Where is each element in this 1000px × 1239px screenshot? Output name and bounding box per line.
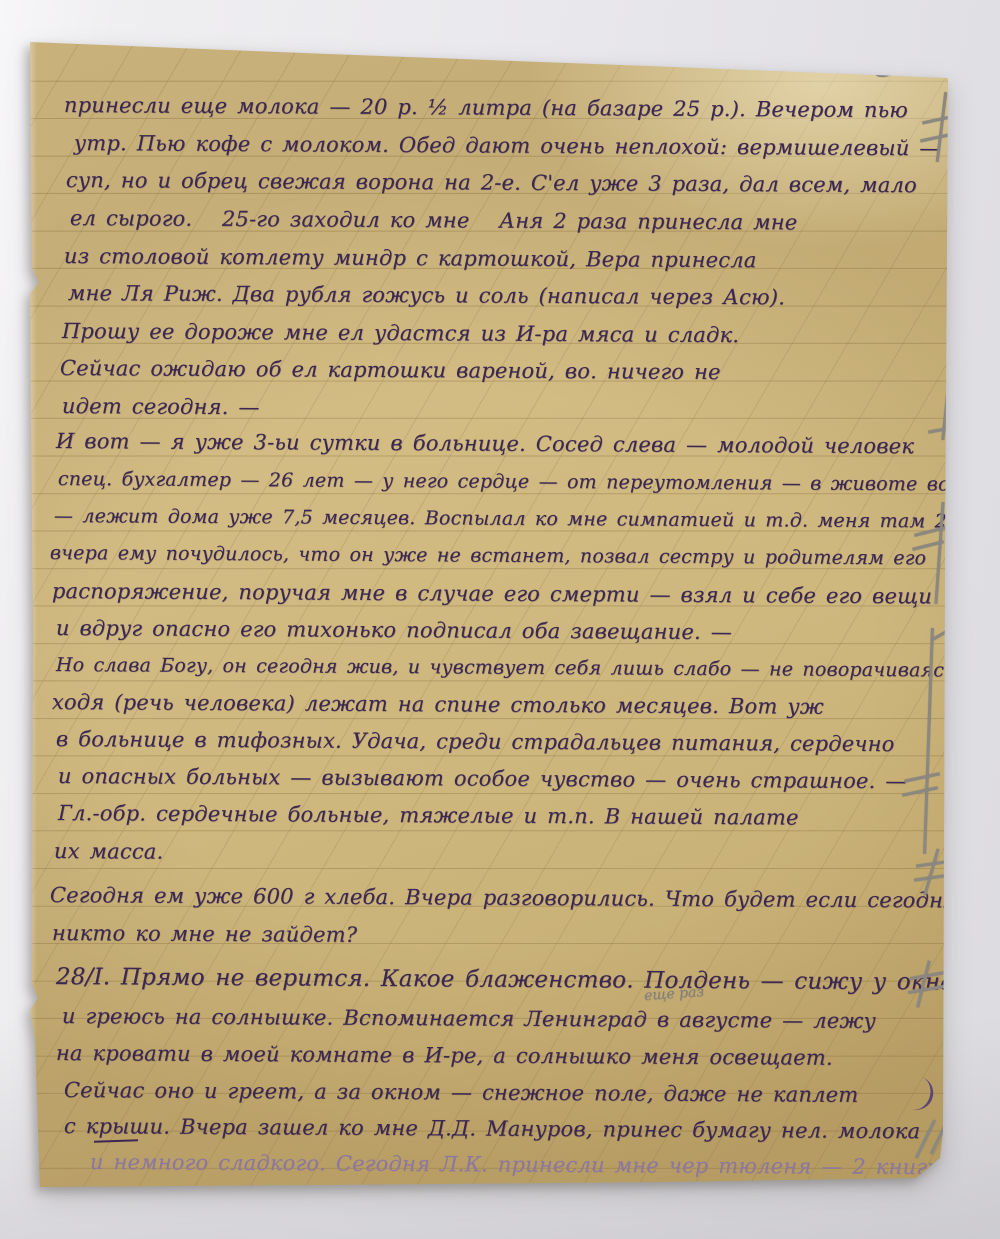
page-number: 32 <box>871 35 928 88</box>
ink-line: и вдруг опасно его тихонько подписал оба… <box>56 615 732 645</box>
ink-line: ел сырого. 25-го заходил ко мне Аня 2 ра… <box>70 205 798 235</box>
photo-backdrop: { "page": { "number": "32" }, "manuscrip… <box>0 0 1000 1239</box>
ink-line: и немного сладкого. Сегодня Л.К. принесл… <box>90 1149 941 1180</box>
ink-line: никто ко мне не зайдет? <box>52 920 357 948</box>
ink-line: мне Ля Риж. Два рубля гожусь и соль (нап… <box>68 280 785 310</box>
ink-line: на кровати в моей комнате в И-ре, а солн… <box>56 1040 833 1071</box>
ink-line: суп, но и обрец свежая ворона на 2-е. С'… <box>66 167 917 198</box>
ink-line: 28/I. Прямо не верится. Какое блаженство… <box>56 964 954 995</box>
ink-line: с крыши. Вчера зашел ко мне Д.Д. Мануров… <box>64 1113 921 1144</box>
paper-edge-highlight <box>28 36 37 1188</box>
ink-line: принесли еще молока — 20 р. ½ литра (на … <box>64 92 908 123</box>
ink-hook-mark <box>910 1076 938 1114</box>
ink-line: утр. Пью кофе с молоком. Обед дают очень… <box>74 130 1000 162</box>
ink-line: вчера ему почудилось, что он уже не вста… <box>50 540 926 571</box>
ink-line: из столовой котлету миндр с картошкой, В… <box>64 243 757 273</box>
manuscript-page: принесли еще молока — 20 р. ½ литра (на … <box>28 36 950 1188</box>
ink-line: Гл.-обр. сердечные больные, тяжелые и т.… <box>58 800 799 831</box>
ink-line: Прошу ее дороже мне ел удастся из И-ра м… <box>62 318 739 348</box>
ink-line: — лежит дома уже 7,5 месяцев. Воспылал к… <box>54 503 994 535</box>
ink-underline <box>94 1139 138 1143</box>
pencil-insertion: еще раз <box>644 984 705 1004</box>
ink-line: идет сегодня. — <box>62 393 260 420</box>
ink-dot <box>710 52 714 56</box>
ink-line: их масса. <box>54 838 164 865</box>
ink-line: распоряжение, поручая мне в случае его с… <box>52 578 932 609</box>
ink-line: Но слава Богу, он сегодня жив, и чувству… <box>56 652 955 683</box>
ink-line: И вот — я уже 3-ьи сутки в больнице. Сос… <box>56 428 914 459</box>
ink-line: спец. бухгалтер — 26 лет — у него сердце… <box>58 466 974 498</box>
ink-line: Сегодня ем уже 600 г хлеба. Вчера разгов… <box>50 882 957 914</box>
ink-line: и греюсь на солнышке. Вспоминается Ленин… <box>62 1003 876 1034</box>
ink-line: ходя (речь человека) лежат на спине стол… <box>52 689 824 720</box>
ink-line: Сейчас ожидаю об ел картошки вареной, во… <box>60 355 721 385</box>
ink-line: Сейчас оно и греет, а за окном — снежное… <box>64 1077 859 1108</box>
ink-line: в больнице в тифозных. Удача, среди стра… <box>56 726 895 757</box>
ruled-paper: принесли еще молока — 20 р. ½ литра (на … <box>28 36 950 1188</box>
ink-line: и опасных больных — вызывают особое чувс… <box>58 763 907 794</box>
